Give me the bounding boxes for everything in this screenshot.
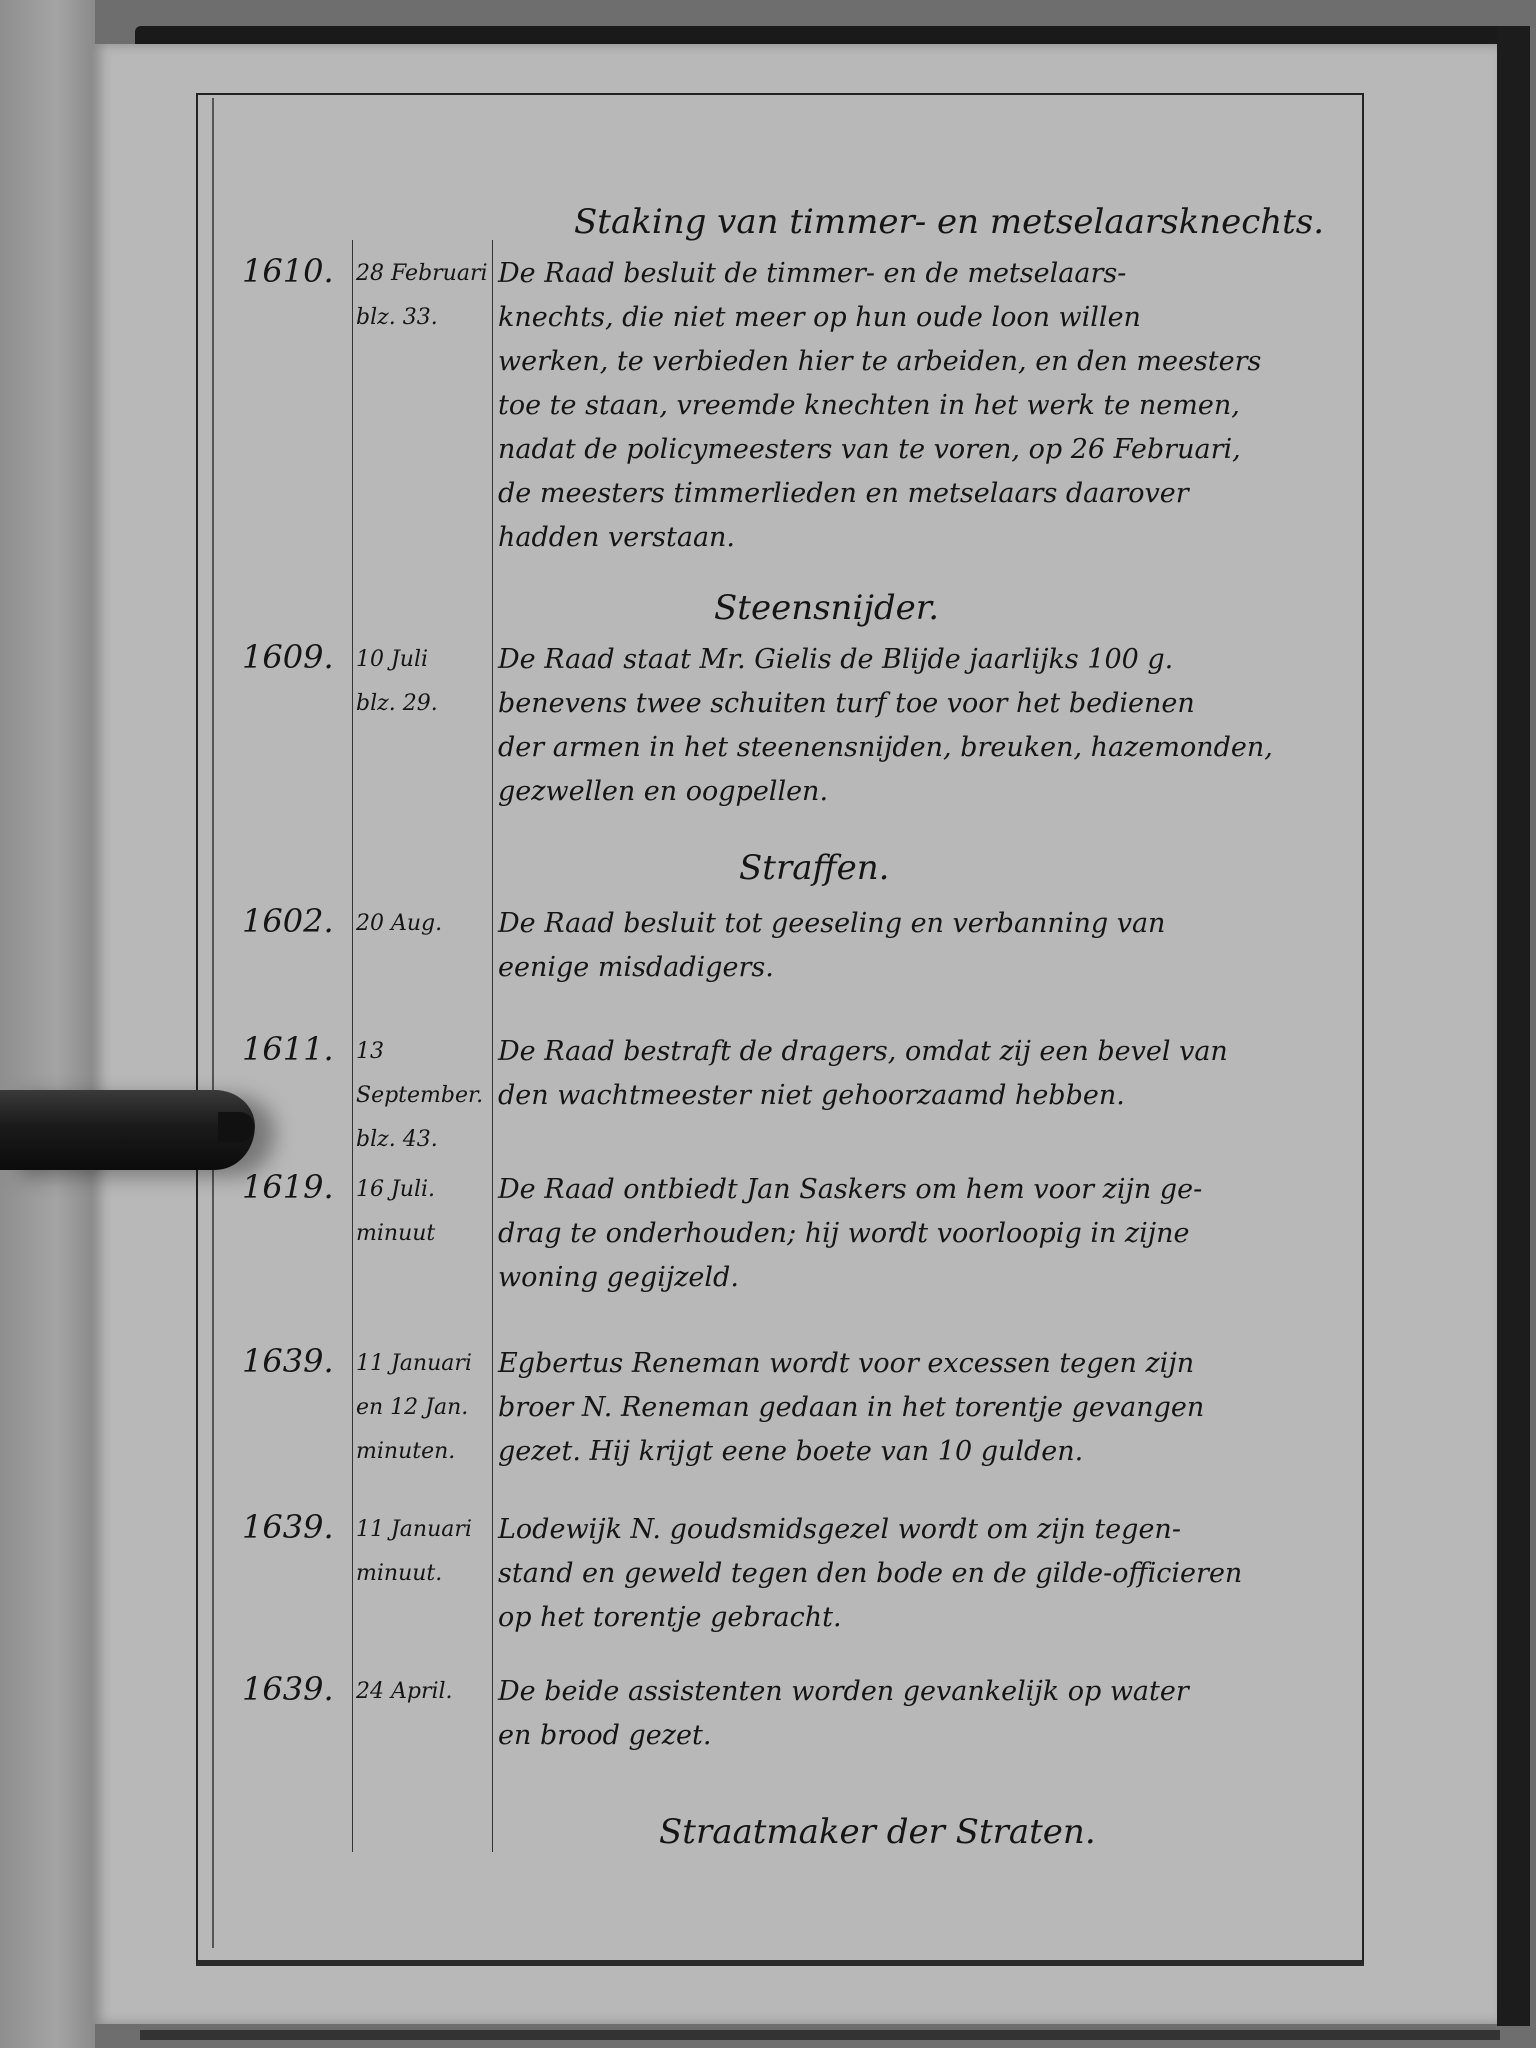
text-line: eenige misdadigers. xyxy=(498,946,1368,990)
date-line: en 12 Jan. xyxy=(356,1386,492,1430)
text-line: De Raad staat Mr. Gielis de Blijde jaarl… xyxy=(498,638,1368,682)
text-line: de meesters timmerlieden en metselaars d… xyxy=(498,472,1368,516)
entry-year: 1610. xyxy=(242,252,352,290)
text-line: der armen in het steenensnijden, breuken… xyxy=(498,726,1368,770)
entry-year: 1639. xyxy=(242,1508,352,1546)
text-line: den wachtmeester niet gehoorzaamd hebben… xyxy=(498,1074,1368,1118)
text-line: nadat de policymeesters van te voren, op… xyxy=(498,428,1368,472)
entry-year: 1639. xyxy=(242,1670,352,1708)
text-line: broer N. Reneman gedaan in het torentje … xyxy=(498,1386,1368,1430)
text-line: en brood gezet. xyxy=(498,1714,1368,1758)
page-ref: blz. 33. xyxy=(356,296,492,340)
entry-text: De Raad staat Mr. Gielis de Blijde jaarl… xyxy=(498,638,1368,814)
text-line: knechts, die niet meer op hun oude loon … xyxy=(498,296,1368,340)
pen xyxy=(0,1090,255,1170)
section-heading: Straatmaker der Straten. xyxy=(659,1812,1096,1852)
text-line: De Raad besluit tot geeseling en verbann… xyxy=(498,902,1368,946)
date-line: 28 Februari xyxy=(356,252,492,296)
text-line: benevens twee schuiten turf toe voor het… xyxy=(498,682,1368,726)
entry-text: De Raad bestraft de dragers, omdat zij e… xyxy=(498,1030,1368,1118)
date-line: 10 Juli xyxy=(356,638,492,682)
entry-date: 11 Januari minuut. xyxy=(356,1508,492,1596)
entry-date: 20 Aug. xyxy=(356,902,492,946)
text-line: hadden verstaan. xyxy=(498,516,1368,560)
section-heading: Staking van timmer- en metselaarsknechts… xyxy=(574,202,1324,242)
date-line: minuut xyxy=(356,1212,492,1256)
text-line: toe te staan, vreemde knechten in het we… xyxy=(498,384,1368,428)
text-line: drag te onderhouden; hij wordt voorloopi… xyxy=(498,1212,1368,1256)
text-line: stand en geweld tegen den bode en de gil… xyxy=(498,1552,1368,1596)
entry-date: 28 Februari blz. 33. xyxy=(356,252,492,340)
entry-text: Egbertus Reneman wordt voor excessen teg… xyxy=(498,1342,1368,1474)
text-line: woning gegijzeld. xyxy=(498,1256,1368,1300)
page-ref: blz. 29. xyxy=(356,682,492,726)
entry-date: 16 Juli. minuut xyxy=(356,1168,492,1256)
book-bottom-edge xyxy=(140,2030,1500,2040)
entry-year: 1619. xyxy=(242,1168,352,1206)
book-cover-right xyxy=(1497,26,1530,2026)
text-line: De Raad ontbiedt Jan Saskers om hem voor… xyxy=(498,1168,1368,1212)
date-line: minuut. xyxy=(356,1552,492,1596)
text-line: Lodewijk N. goudsmidsgezel wordt om zijn… xyxy=(498,1508,1368,1552)
text-line: De Raad bestraft de dragers, omdat zij e… xyxy=(498,1030,1368,1074)
entry-text: De Raad ontbiedt Jan Saskers om hem voor… xyxy=(498,1168,1368,1300)
text-line: gezet. Hij krijgt eene boete van 10 guld… xyxy=(498,1430,1368,1474)
date-line: 13 September. xyxy=(356,1030,492,1118)
section-heading: Steensnijder. xyxy=(714,588,939,628)
entry-date: 10 Juli blz. 29. xyxy=(356,638,492,726)
date-line: minuten. xyxy=(356,1430,492,1474)
text-line: op het torentje gebracht. xyxy=(498,1596,1368,1640)
text-line: De beide assistenten worden gevankelijk … xyxy=(498,1670,1368,1714)
column-divider-date-text xyxy=(492,240,493,1852)
section-heading: Straffen. xyxy=(739,848,889,888)
entry-year: 1609. xyxy=(242,638,352,676)
left-page-edge xyxy=(0,0,95,2048)
entry-date: 24 April. xyxy=(356,1670,492,1714)
text-line: werken, te verbieden hier te arbeiden, e… xyxy=(498,340,1368,384)
entry-date: 11 Januari en 12 Jan. minuten. xyxy=(356,1342,492,1474)
column-divider-year-date xyxy=(352,240,353,1852)
entry-date: 13 September. blz. 43. xyxy=(356,1030,492,1162)
entry-text: De Raad besluit de timmer- en de metsela… xyxy=(498,252,1368,560)
date-line: 24 April. xyxy=(356,1670,492,1714)
page-ref: blz. 43. xyxy=(356,1118,492,1162)
entry-text: De beide assistenten worden gevankelijk … xyxy=(498,1670,1368,1758)
date-line: 20 Aug. xyxy=(356,902,492,946)
entry-year: 1639. xyxy=(242,1342,352,1380)
entry-text: Lodewijk N. goudsmidsgezel wordt om zijn… xyxy=(498,1508,1368,1640)
frame-inner-line xyxy=(212,98,214,1948)
pen-tip xyxy=(218,1112,254,1142)
entry-year: 1602. xyxy=(242,902,352,940)
date-line: 11 Januari xyxy=(356,1342,492,1386)
text-line: Egbertus Reneman wordt voor excessen teg… xyxy=(498,1342,1368,1386)
entry-text: De Raad besluit tot geeseling en verbann… xyxy=(498,902,1368,990)
text-line: De Raad besluit de timmer- en de metsela… xyxy=(498,252,1368,296)
date-line: 16 Juli. xyxy=(356,1168,492,1212)
entry-year: 1611. xyxy=(242,1030,352,1068)
text-line: gezwellen en oogpellen. xyxy=(498,770,1368,814)
date-line: 11 Januari xyxy=(356,1508,492,1552)
